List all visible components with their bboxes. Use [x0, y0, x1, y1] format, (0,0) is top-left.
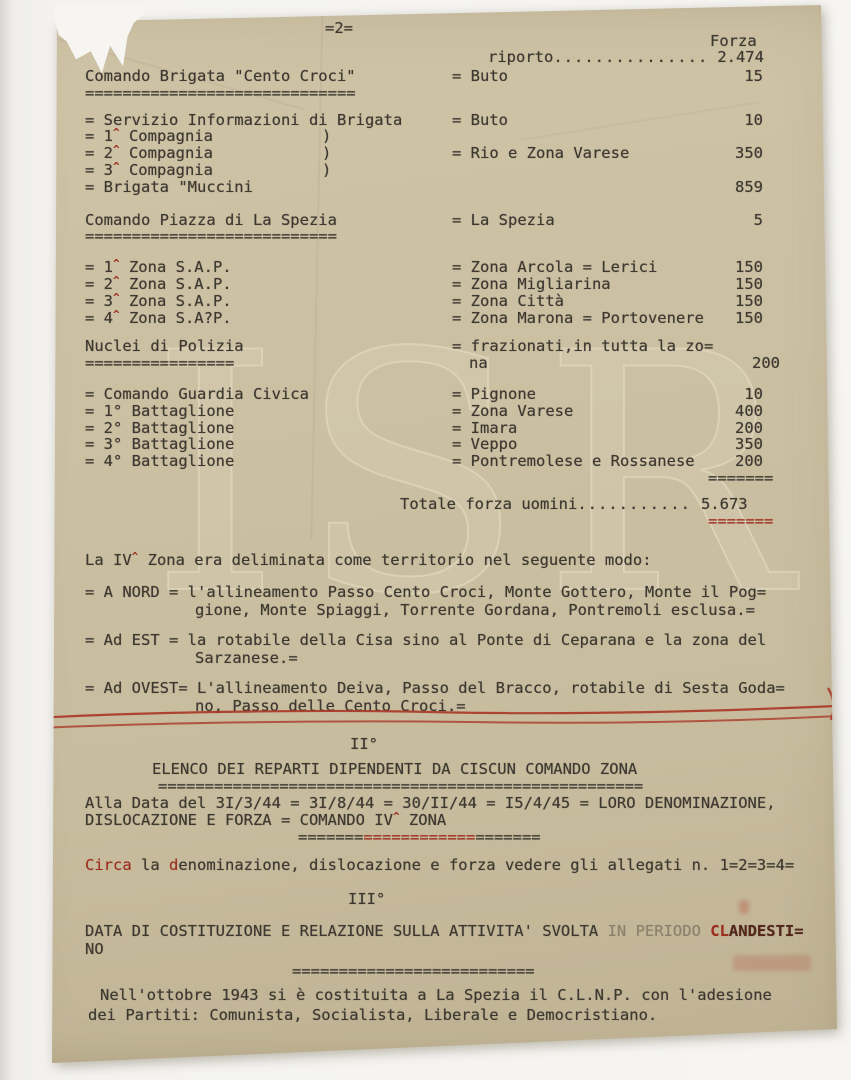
unit-location: = Zona Arcola = Lerici — [452, 259, 708, 276]
unit-name: = 1° Battaglione — [85, 403, 452, 420]
red-pen-line — [0, 685, 851, 763]
page-number: =2= — [325, 20, 353, 37]
red-caret: ^ — [113, 308, 120, 321]
clnp-paragraph-line1: Nell'ottobre 1943 si è costituita a La S… — [100, 987, 772, 1004]
boundary-north-line1: = A NORD = l'allineamento Passo Cento Cr… — [85, 584, 766, 601]
unit-strength: 150 — [708, 259, 763, 276]
section-iii-number: III° — [348, 891, 385, 908]
riporto-label: riporto — [488, 48, 553, 66]
red-caret: ^ — [132, 550, 139, 563]
unit-strength: 10 — [708, 112, 763, 129]
red-stamp-smudge — [739, 900, 749, 914]
unit-location — [452, 179, 708, 196]
riporto-line: riporto...............2.474 — [488, 49, 764, 66]
unit-name: Nuclei di Polizia — [85, 338, 452, 355]
faded-text: IN PERIODO — [608, 922, 711, 940]
table-row-underline: ============================= — [85, 85, 775, 102]
total-label: Totale forza uomini — [400, 496, 577, 513]
unit-strength: 150 — [708, 276, 763, 293]
table-row: = 3^ Compagnia) — [85, 162, 775, 179]
circa-line: Circa la denominazione, dislocazione e f… — [85, 857, 794, 874]
unit-strength: 350 — [708, 436, 763, 453]
unit-name: = 2^ Zona S.A.P. — [85, 276, 452, 293]
table-row: = Servizio Informazioni di Brigata= Buto… — [85, 112, 775, 129]
unit-location: = Imara — [452, 420, 708, 437]
unit-name: = 3^ Zona S.A.P. — [85, 293, 452, 310]
clnp-paragraph-line2: dei Partiti: Comunista, Socialista, Libe… — [88, 1007, 657, 1024]
red-caret: ^ — [113, 160, 120, 173]
total-rule-row: ======= — [85, 513, 775, 530]
total-row: Totale forza uomini...........5.673 — [85, 496, 775, 513]
unit-name: = 4° Battaglione — [85, 453, 452, 470]
table-row: = 1^ Zona S.A.P.= Zona Arcola = Lerici15… — [85, 259, 775, 276]
subtotal-rule: ======= — [708, 470, 763, 487]
unit-location: = Zona Marona = Portovenere — [452, 310, 708, 327]
force-table: Comando Brigata "Cento Croci"= Buto15 ==… — [85, 68, 775, 529]
unit-strength: 15 — [708, 68, 763, 85]
section-iii-title-line1: DATA DI COSTITUZIONE E RELAZIONE SULLA A… — [85, 923, 804, 940]
red-caret: ^ — [393, 810, 400, 823]
total-value: 5.673 — [691, 496, 748, 513]
typewritten-content: =2= Forza riporto...............2.474 Co… — [0, 0, 851, 1080]
table-row: = Brigata "Muccini859 — [85, 179, 775, 196]
boundary-east-line1: = Ad EST = la rotabile della Cisa sino a… — [85, 632, 766, 649]
section-ii-title: ELENCO DEI REPARTI DIPENDENTI DA CISCUN … — [152, 761, 637, 778]
riporto-value: 2.474 — [708, 48, 764, 66]
table-row: = 1° Battaglione= Zona Varese400 — [85, 403, 775, 420]
unit-location: = frazionati,in tutta la zo= — [452, 338, 708, 355]
boundary-north-line2: gione, Monte Spiaggi, Torrente Gordana, … — [195, 602, 755, 619]
group-brace: ) — [322, 145, 331, 162]
unit-location: = Pignone — [452, 386, 708, 403]
table-row: = 3° Battaglione= Veppo350 — [85, 436, 775, 453]
unit-strength: 400 — [708, 403, 763, 420]
zone-intro-line: La IV^ Zona era deliminata come territor… — [85, 552, 652, 571]
section-ii-title-underline: ========================================… — [158, 778, 643, 795]
unit-name: = Brigata "Muccini — [85, 179, 452, 196]
red-caret: ^ — [113, 257, 120, 270]
unit-name: = Comando Guardia Civica — [85, 386, 452, 403]
red-caret: ^ — [113, 126, 120, 139]
red-underline-segment: ============ — [363, 828, 475, 846]
unit-strength: 150 — [708, 310, 763, 327]
unit-location: = Buto — [452, 112, 708, 129]
unit-strength: 200 — [725, 355, 780, 372]
underline: ================ — [85, 355, 452, 372]
red-stamp-smudge — [733, 955, 811, 971]
unit-location: = Zona Varese — [452, 403, 708, 420]
spacer — [85, 196, 775, 212]
table-row: = 2^ Compagnia)= Rio e Zona Varese350 — [85, 145, 775, 162]
table-row: ================na200 — [85, 355, 775, 372]
unit-name: = 3^ Compagnia — [85, 162, 452, 179]
table-row: Nuclei di Polizia= frazionati,in tutta l… — [85, 338, 775, 355]
unit-strength: 200 — [708, 420, 763, 437]
unit-location: = Zona Migliarina — [452, 276, 708, 293]
total-rule-red: ======= — [708, 513, 763, 530]
section-iii-underline: ========================== — [292, 963, 535, 980]
mixed-underline: ========================== — [298, 829, 541, 846]
red-text: CL — [710, 922, 729, 940]
unit-location: = Zona Città — [452, 293, 708, 310]
paper-sheet: ISR =2= Forza riporto...............2.47… — [0, 0, 851, 1080]
unit-strength: 10 — [708, 386, 763, 403]
document-page: ISR =2= Forza riporto...............2.47… — [0, 0, 851, 1080]
unit-strength: 200 — [708, 453, 763, 470]
unit-location: = La Spezia — [452, 212, 708, 229]
dot-leader: ............... — [553, 48, 708, 66]
unit-location: = Buto — [452, 68, 708, 85]
table-row: Comando Brigata "Cento Croci"= Buto15 — [85, 68, 775, 85]
table-row: Comando Piazza di La Spezia= La Spezia5 — [85, 212, 775, 229]
underline: =========================== — [85, 228, 452, 245]
unit-name: = 1^ Zona S.A.P. — [85, 259, 452, 276]
unit-name: Comando Piazza di La Spezia — [85, 212, 452, 229]
table-row-underline: =========================== — [85, 228, 775, 245]
dot-leader: ........... — [577, 496, 691, 513]
subtotal-rule-row: ======= — [85, 470, 775, 487]
unit-name: = 3° Battaglione — [85, 436, 452, 453]
unit-strength: 5 — [708, 212, 763, 229]
section-iii-title-line2: NO — [85, 941, 104, 958]
spacer — [85, 372, 775, 386]
unit-name: = Servizio Informazioni di Brigata — [85, 112, 452, 129]
unit-location: = Rio e Zona Varese — [452, 145, 708, 162]
table-row: = 2^ Zona S.A.P.= Zona Migliarina150 — [85, 276, 775, 293]
unit-name: = 1^ Compagnia — [85, 128, 452, 145]
underline: ============================= — [85, 85, 452, 102]
unit-name: = 4^ Zona S.A?P. — [85, 310, 452, 327]
boundary-east-line2: Sarzanese.= — [195, 650, 298, 667]
dates-line: Alla Data del 3I/3/44 = 3I/8/44 = 30/II/… — [85, 795, 776, 812]
table-row: = 4^ Zona S.A?P.= Zona Marona = Portoven… — [85, 310, 775, 327]
unit-location-continued: na — [452, 355, 725, 372]
unit-name: = 2^ Compagnia — [85, 145, 452, 162]
group-brace: ) — [322, 128, 331, 145]
table-row: = 3^ Zona S.A.P.= Zona Città150 — [85, 293, 775, 310]
table-row: = 2° Battaglione= Imara200 — [85, 420, 775, 437]
unit-location: = Veppo — [452, 436, 708, 453]
unit-name: Comando Brigata "Cento Croci" — [85, 68, 452, 85]
red-caret: ^ — [113, 143, 120, 156]
table-row: = 1^ Compagnia) — [85, 128, 775, 145]
unit-location: = Pontremolese e Rossanese — [452, 453, 708, 470]
table-row: = 4° Battaglione= Pontremolese e Rossane… — [85, 453, 775, 470]
spacer — [85, 245, 775, 259]
unit-strength: 350 — [708, 145, 763, 162]
red-caret: ^ — [113, 274, 120, 287]
unit-name: = 2° Battaglione — [85, 420, 452, 437]
group-brace: ) — [322, 162, 331, 179]
red-caret: ^ — [113, 291, 120, 304]
unit-strength: 859 — [708, 179, 763, 196]
unit-strength: 150 — [708, 293, 763, 310]
table-row: = Comando Guardia Civica= Pignone10 — [85, 386, 775, 403]
